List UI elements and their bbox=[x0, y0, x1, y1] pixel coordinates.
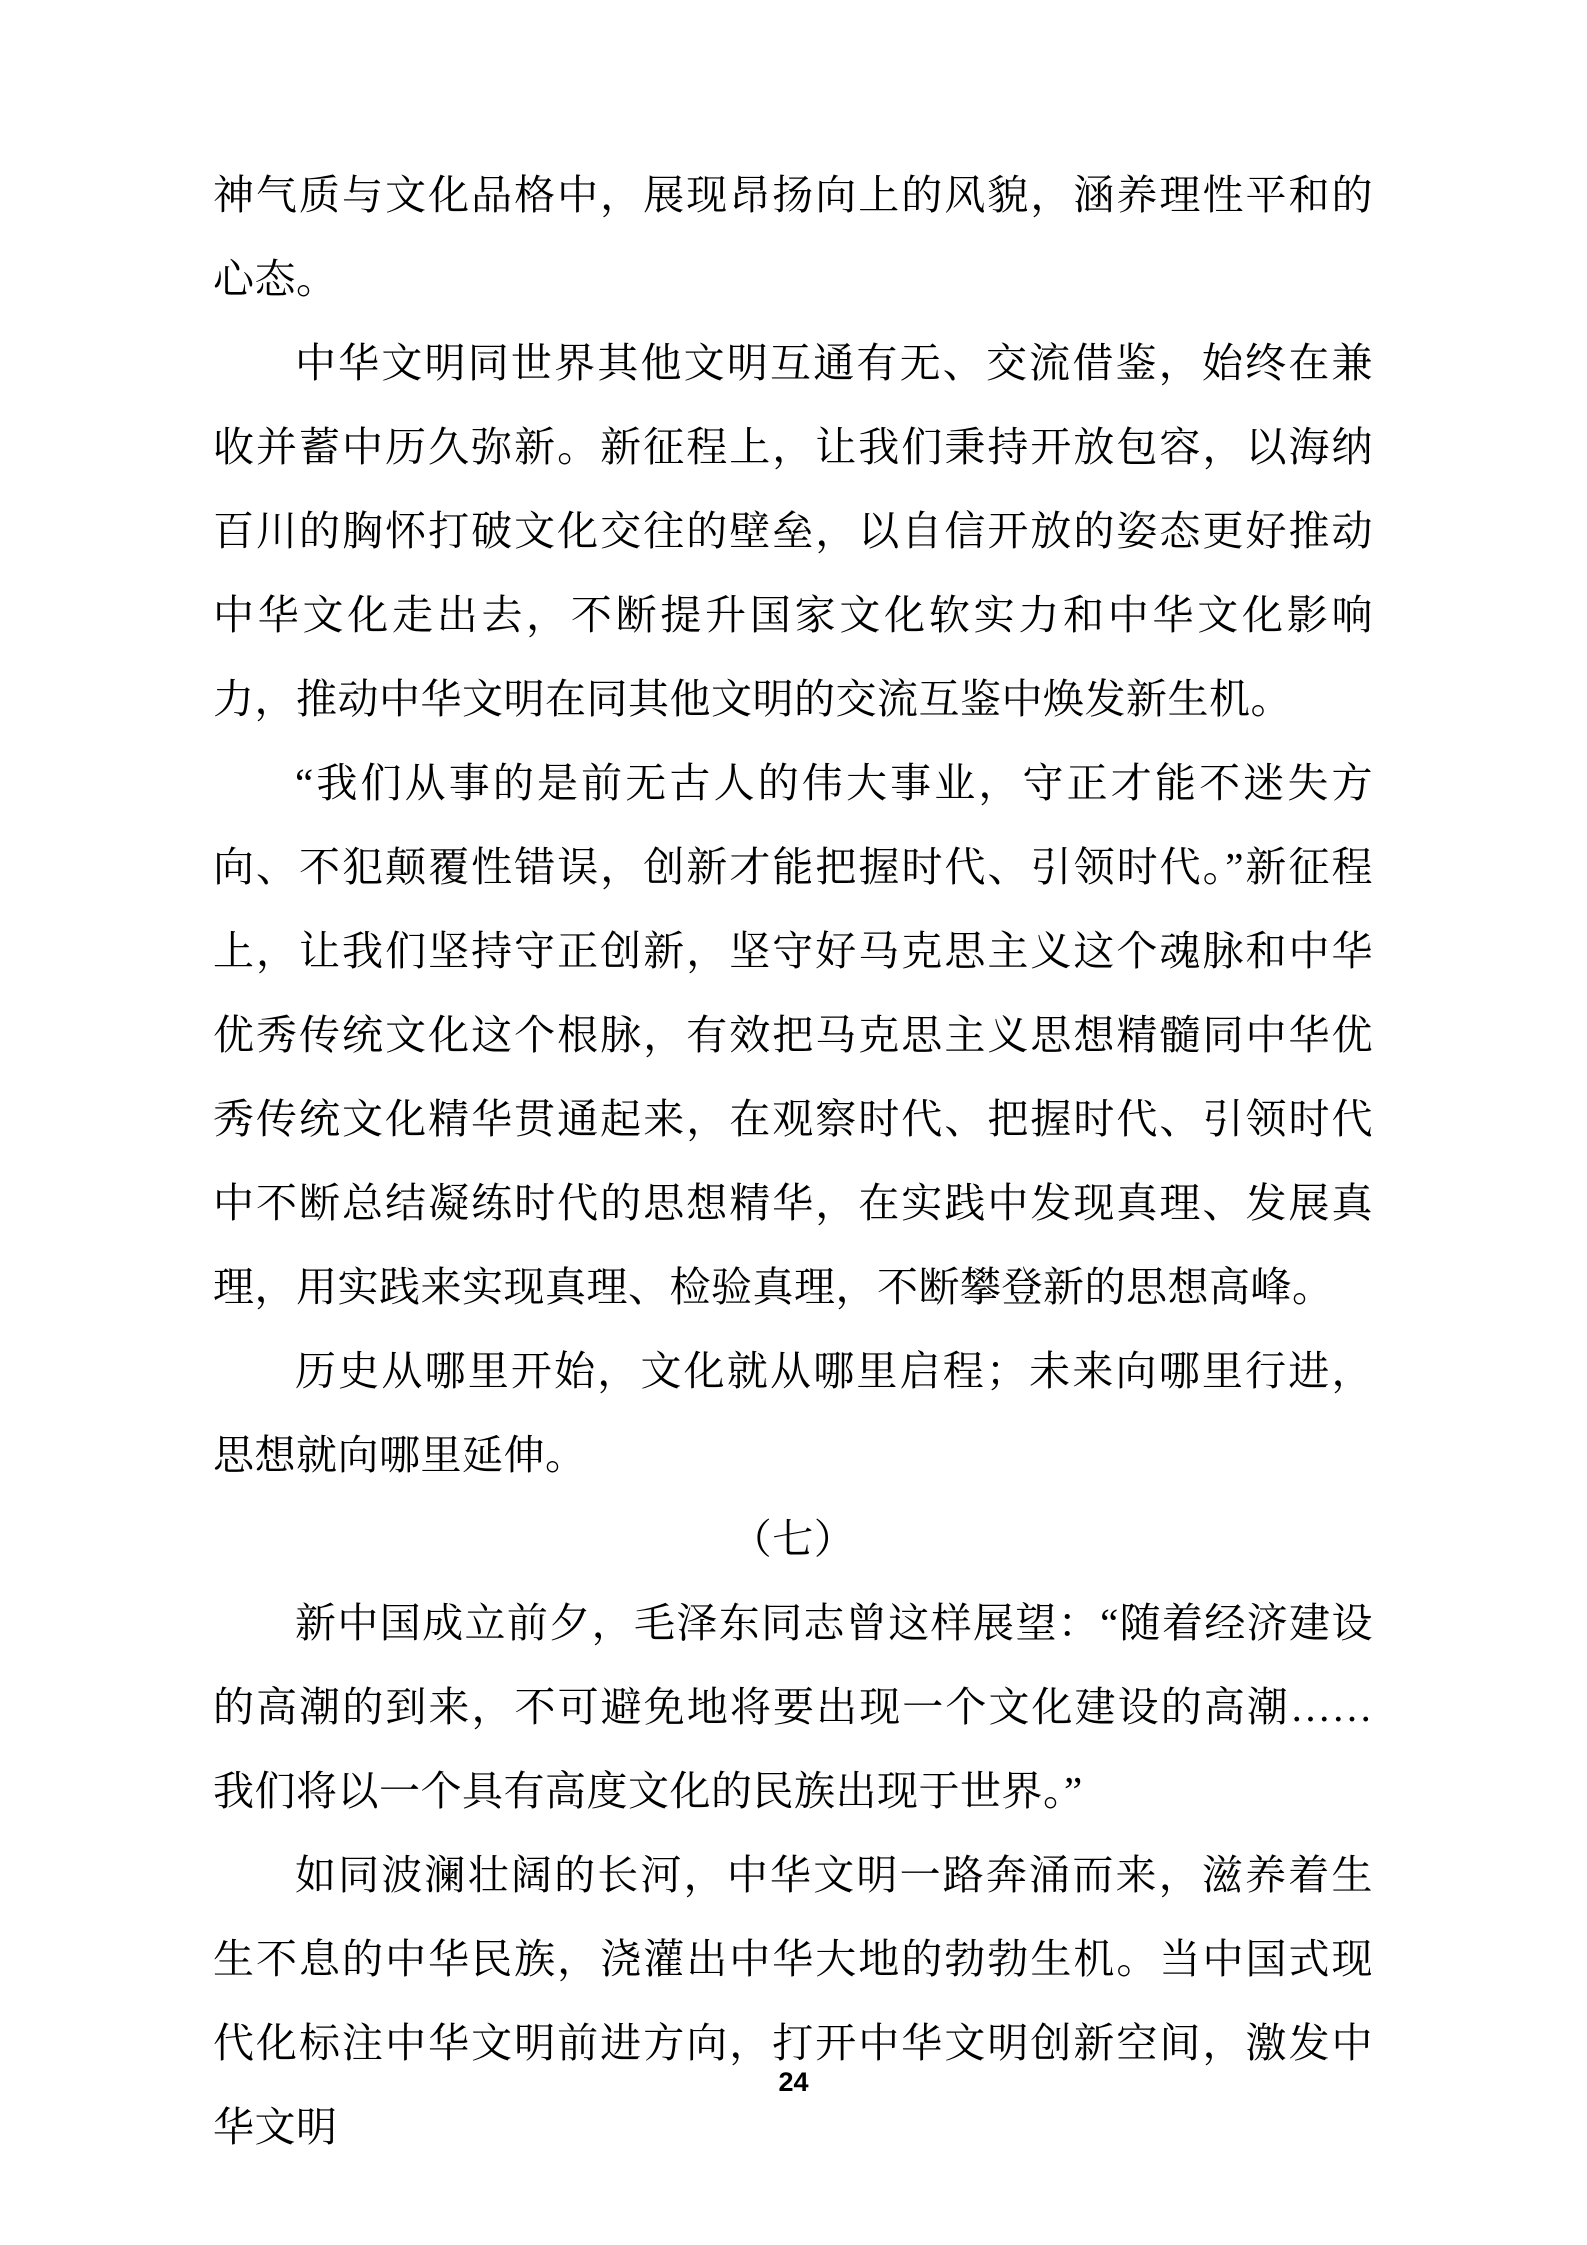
paragraph: “我们从事的是前无古人的伟大事业，守正才能不迷失方向、不犯颠覆性错误，创新才能把… bbox=[213, 741, 1373, 1329]
paragraph: 中华文明同世界其他文明互通有无、交流借鉴，始终在兼收并蓄中历久弥新。新征程上，让… bbox=[213, 321, 1373, 741]
paragraph: 新中国成立前夕，毛泽东同志曾这样展望：“随着经济建设的高潮的到来，不可避免地将要… bbox=[213, 1581, 1373, 1833]
document-page: 神气质与文化品格中，展现昂扬向上的风貌，涵养理性平和的心态。中华文明同世界其他文… bbox=[0, 0, 1587, 2245]
document-text-block: 神气质与文化品格中，展现昂扬向上的风貌，涵养理性平和的心态。中华文明同世界其他文… bbox=[213, 153, 1373, 2169]
paragraph: 如同波澜壮阔的长河，中华文明一路奔涌而来，滋养着生生不息的中华民族，浇灌出中华大… bbox=[213, 1833, 1373, 2169]
page-number: 24 bbox=[0, 2068, 1587, 2096]
section-heading: （七） bbox=[213, 1497, 1373, 1581]
paragraph: 神气质与文化品格中，展现昂扬向上的风貌，涵养理性平和的心态。 bbox=[213, 153, 1373, 321]
paragraph: 历史从哪里开始，文化就从哪里启程；未来向哪里行进，思想就向哪里延伸。 bbox=[213, 1329, 1373, 1497]
